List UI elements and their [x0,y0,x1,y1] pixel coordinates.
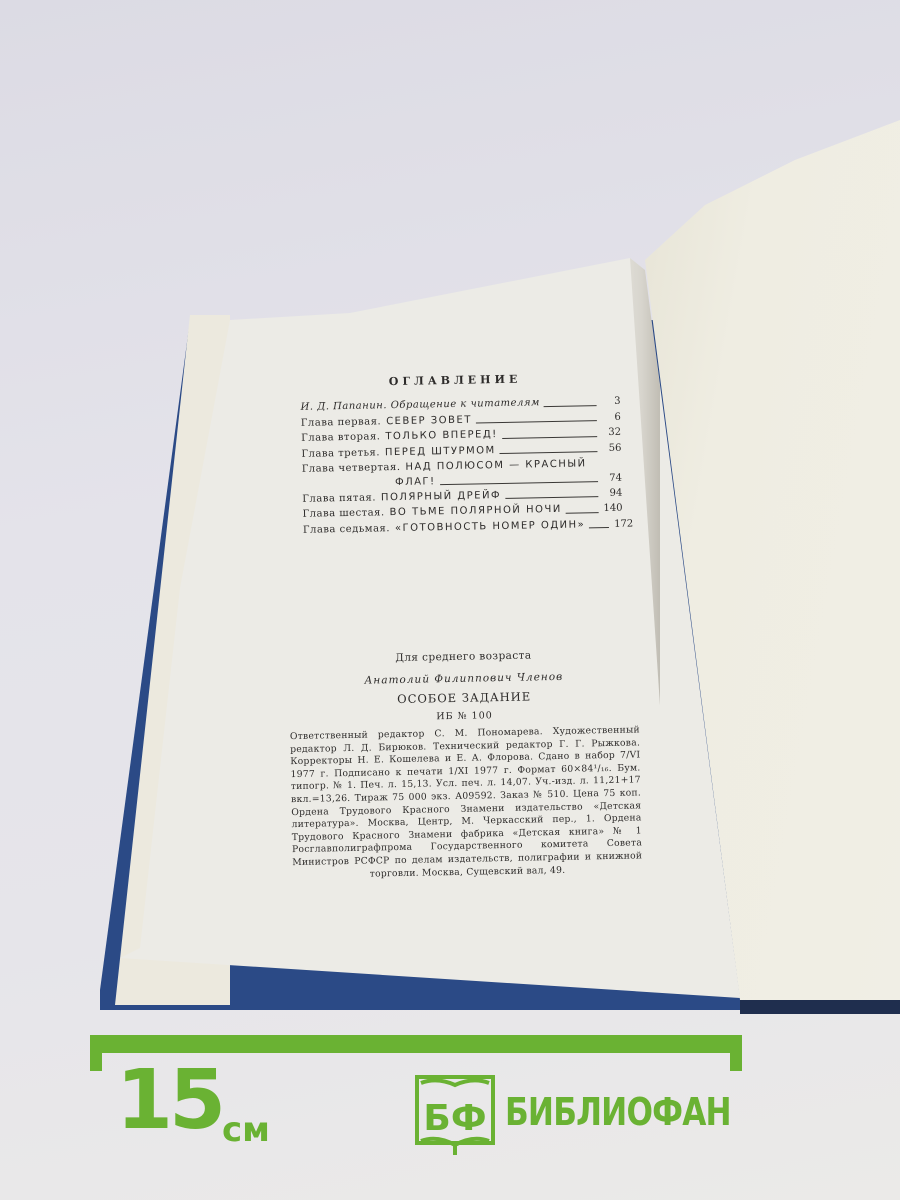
toc-page-number: 56 [601,440,621,456]
logo-letters: БФ [423,1098,486,1139]
photo-scene: ОГЛАВЛЕНИЕ И. Д. Папанин. Обращение к чи… [0,0,900,1200]
toc-entry-name-cont: ФЛАГ! [395,475,436,490]
page-content: ОГЛАВЛЕНИЕ И. Д. Папанин. Обращение к чи… [240,370,650,883]
toc-leader [589,527,609,528]
size-value: 15 [116,1060,222,1142]
colophon-text: Ответственный редактор С. М. Пономарева.… [290,724,643,882]
brand-name: БИБЛИОФАН [505,1093,731,1131]
toc-leader [502,436,597,439]
toc-page-number: 3 [600,394,620,410]
toc-page-number: 140 [602,501,622,517]
toc-page-number: 94 [602,485,622,501]
toc-leader [544,405,597,407]
measure-bar [90,1035,742,1053]
toc-leader [566,512,599,514]
toc-entry-name: «ГОТОВНОСТЬ НОМЕР ОДИН» [395,517,586,536]
toc-entry-prefix: Глава четвертая. [302,460,401,477]
bibliofan-book-logo-icon: БФ [415,1075,495,1157]
size-unit: см [222,1113,270,1147]
toc-leader [440,481,598,485]
toc-entry-prefix: Глава третья. [301,445,380,462]
toc-page-number: 74 [602,471,622,485]
measure-tick-left [90,1035,102,1071]
toc-leader [476,420,597,423]
toc-page-number: 172 [613,516,633,532]
toc-entry-prefix: Глава вторая. [301,429,381,446]
ib-number: ИБ № 100 [282,707,646,725]
toc-entry-prefix: Глава первая. [301,414,382,431]
age-group: Для среднего возраста [281,647,645,666]
toc-entry-prefix: Глава шестая. [302,505,384,522]
toc-leader [505,496,598,499]
book-title: ОСОБОЕ ЗАДАНИЕ [282,687,646,708]
toc-page-number: 6 [601,409,621,425]
imprint-block: Для среднего возраста Анатолий Филиппови… [245,647,649,883]
toc-page-number: 32 [601,425,621,441]
toc-entry-prefix: Глава седьмая. [303,521,390,538]
measure-tick-right [730,1035,742,1071]
toc-entry-name: СЕВЕР ЗОВЕТ [386,412,472,429]
toc-entry-prefix: Глава пятая. [302,490,376,507]
right-cover-edge [740,1000,900,1014]
toc-leader [500,451,598,454]
author-name: Анатолий Филиппович Членов [282,669,646,688]
